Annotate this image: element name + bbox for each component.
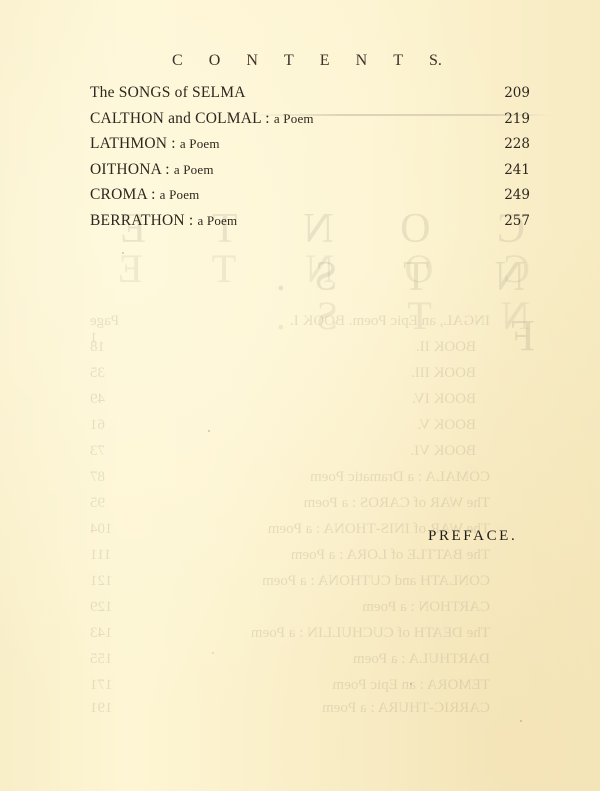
contents-entry: BERRATHON : a Poem 257: [90, 212, 530, 238]
contents-entry: OITHONA : a Poem 241: [90, 161, 530, 187]
heading-letter: N: [356, 52, 368, 70]
ghost-row: BOOK II. 18: [90, 339, 490, 356]
ghost-row: BOOK VI. 73: [90, 443, 490, 460]
entry-title: OITHONA : a Poem: [90, 161, 214, 179]
contents-entry: CROMA : a Poem 249: [90, 186, 530, 212]
preface-heading: PREFACE.: [428, 528, 517, 545]
heading-letter: S.: [429, 52, 442, 70]
heading-letter: O: [209, 52, 221, 70]
speck: [212, 652, 214, 654]
ghost-row: CARTHON : a Poem 129: [90, 599, 490, 616]
ghost-dropcap: F: [511, 310, 535, 361]
entry-page-number: 241: [504, 162, 530, 178]
heading-letter: C: [172, 52, 183, 70]
entry-title: CALTHON and COLMAL : a Poem: [90, 110, 314, 128]
heading-letter: T: [284, 52, 294, 70]
contents-entry: CALTHON and COLMAL : a Poem 219: [90, 110, 530, 136]
entry-title: CROMA : a Poem: [90, 186, 200, 204]
ghost-heading-echo: C O N T E N T S.: [0, 245, 530, 339]
heading-letter: N: [246, 52, 258, 70]
entry-page-number: 257: [504, 213, 530, 229]
entry-subtitle: a Poem: [197, 213, 237, 228]
entry-subtitle: a Poem: [160, 187, 200, 202]
speck: [208, 430, 210, 432]
entry-subtitle: a Poem: [174, 162, 214, 177]
entry-title: LATHMON : a Poem: [90, 135, 220, 153]
ghost-row: INGAL, an Epic Poem. BOOK I. Page 1: [90, 313, 490, 347]
heading-letter: E: [320, 52, 330, 70]
contents-entry: LATHMON : a Poem 228: [90, 135, 530, 161]
contents-list: The SONGS of SELMA 209 CALTHON and COLMA…: [90, 84, 530, 238]
entry-title: The SONGS of SELMA: [90, 84, 246, 102]
ghost-row: BOOK IV. 49: [90, 391, 490, 408]
ghost-row: BOOK V. 61: [90, 417, 490, 434]
ghost-row: CARRIC-THURA : a Poem 191: [90, 700, 490, 717]
heading-letter: T: [393, 52, 403, 70]
entry-title: BERRATHON : a Poem: [90, 212, 237, 230]
entry-page-number: 228: [504, 136, 530, 152]
ghost-row: The DEATH of CUCHULLIN : a Poem 143: [90, 625, 490, 642]
entry-subtitle: a Poem: [180, 136, 220, 151]
entry-subtitle: a Poem: [274, 111, 314, 126]
entry-page-number: 249: [504, 187, 530, 203]
speck: [520, 720, 522, 722]
entry-page-number: 209: [504, 85, 530, 101]
book-page: C O N T E N T S. C O N T E N T S. F INGA…: [0, 0, 600, 791]
speck: [122, 252, 124, 254]
ghost-row: CONLATH and CUTHONA : a Poem 121: [90, 573, 490, 590]
ghost-row: The BATTLE of LORA : a Poem 111: [90, 547, 490, 564]
contents-heading: C O N T E N T S.: [172, 52, 442, 70]
speck: [410, 683, 412, 685]
ghost-row: DARTHULA : a Poem 155: [90, 651, 490, 668]
ghost-row: COMALA : a Dramatic Poem 87: [90, 469, 490, 486]
contents-entry: The SONGS of SELMA 209: [90, 84, 530, 110]
ghost-row: BOOK III. 35: [90, 365, 490, 382]
entry-page-number: 219: [504, 111, 530, 127]
ghost-row: The WAR of CAROS : a Poem 95: [90, 495, 490, 512]
ghost-row: TEMORA : an Epic Poem 171: [90, 677, 490, 694]
